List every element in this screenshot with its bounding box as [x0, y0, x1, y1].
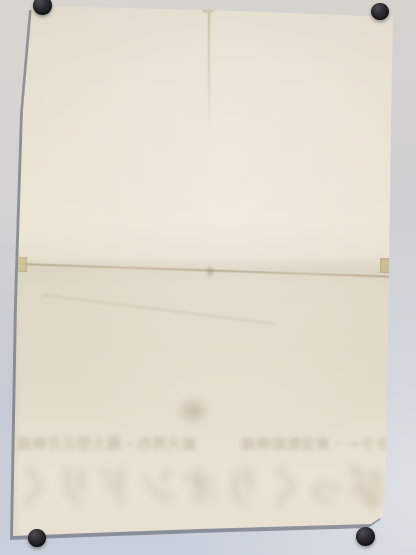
fold-center-smudge	[205, 265, 215, 278]
poster-back-sheet: カラー・東宝配給映画 総天然色・超大型正月映画 びっくりオンドリくん	[0, 0, 416, 555]
magnet-top-right	[371, 3, 389, 20]
ghost-crest-mark	[176, 396, 210, 426]
ghost-small-text-right: 総天然色・超大型正月映画	[16, 434, 196, 454]
magnet-bottom-right	[356, 527, 375, 546]
magnet-bottom-left	[28, 529, 46, 547]
ghost-small-text-row: カラー・東宝配給映画 総天然色・超大型正月映画	[16, 434, 390, 454]
ghost-title-text: びっくりオンドリくん	[16, 453, 390, 516]
diagonal-crease	[42, 294, 275, 325]
top-edge-notch	[202, 7, 214, 13]
ghost-small-text-left: カラー・東宝配給映画	[240, 434, 390, 454]
tape-right	[380, 258, 392, 273]
photo-canvas: カラー・東宝配給映画 総天然色・超大型正月映画 びっくりオンドリくん	[0, 0, 416, 555]
top-vertical-crease	[208, 9, 210, 131]
